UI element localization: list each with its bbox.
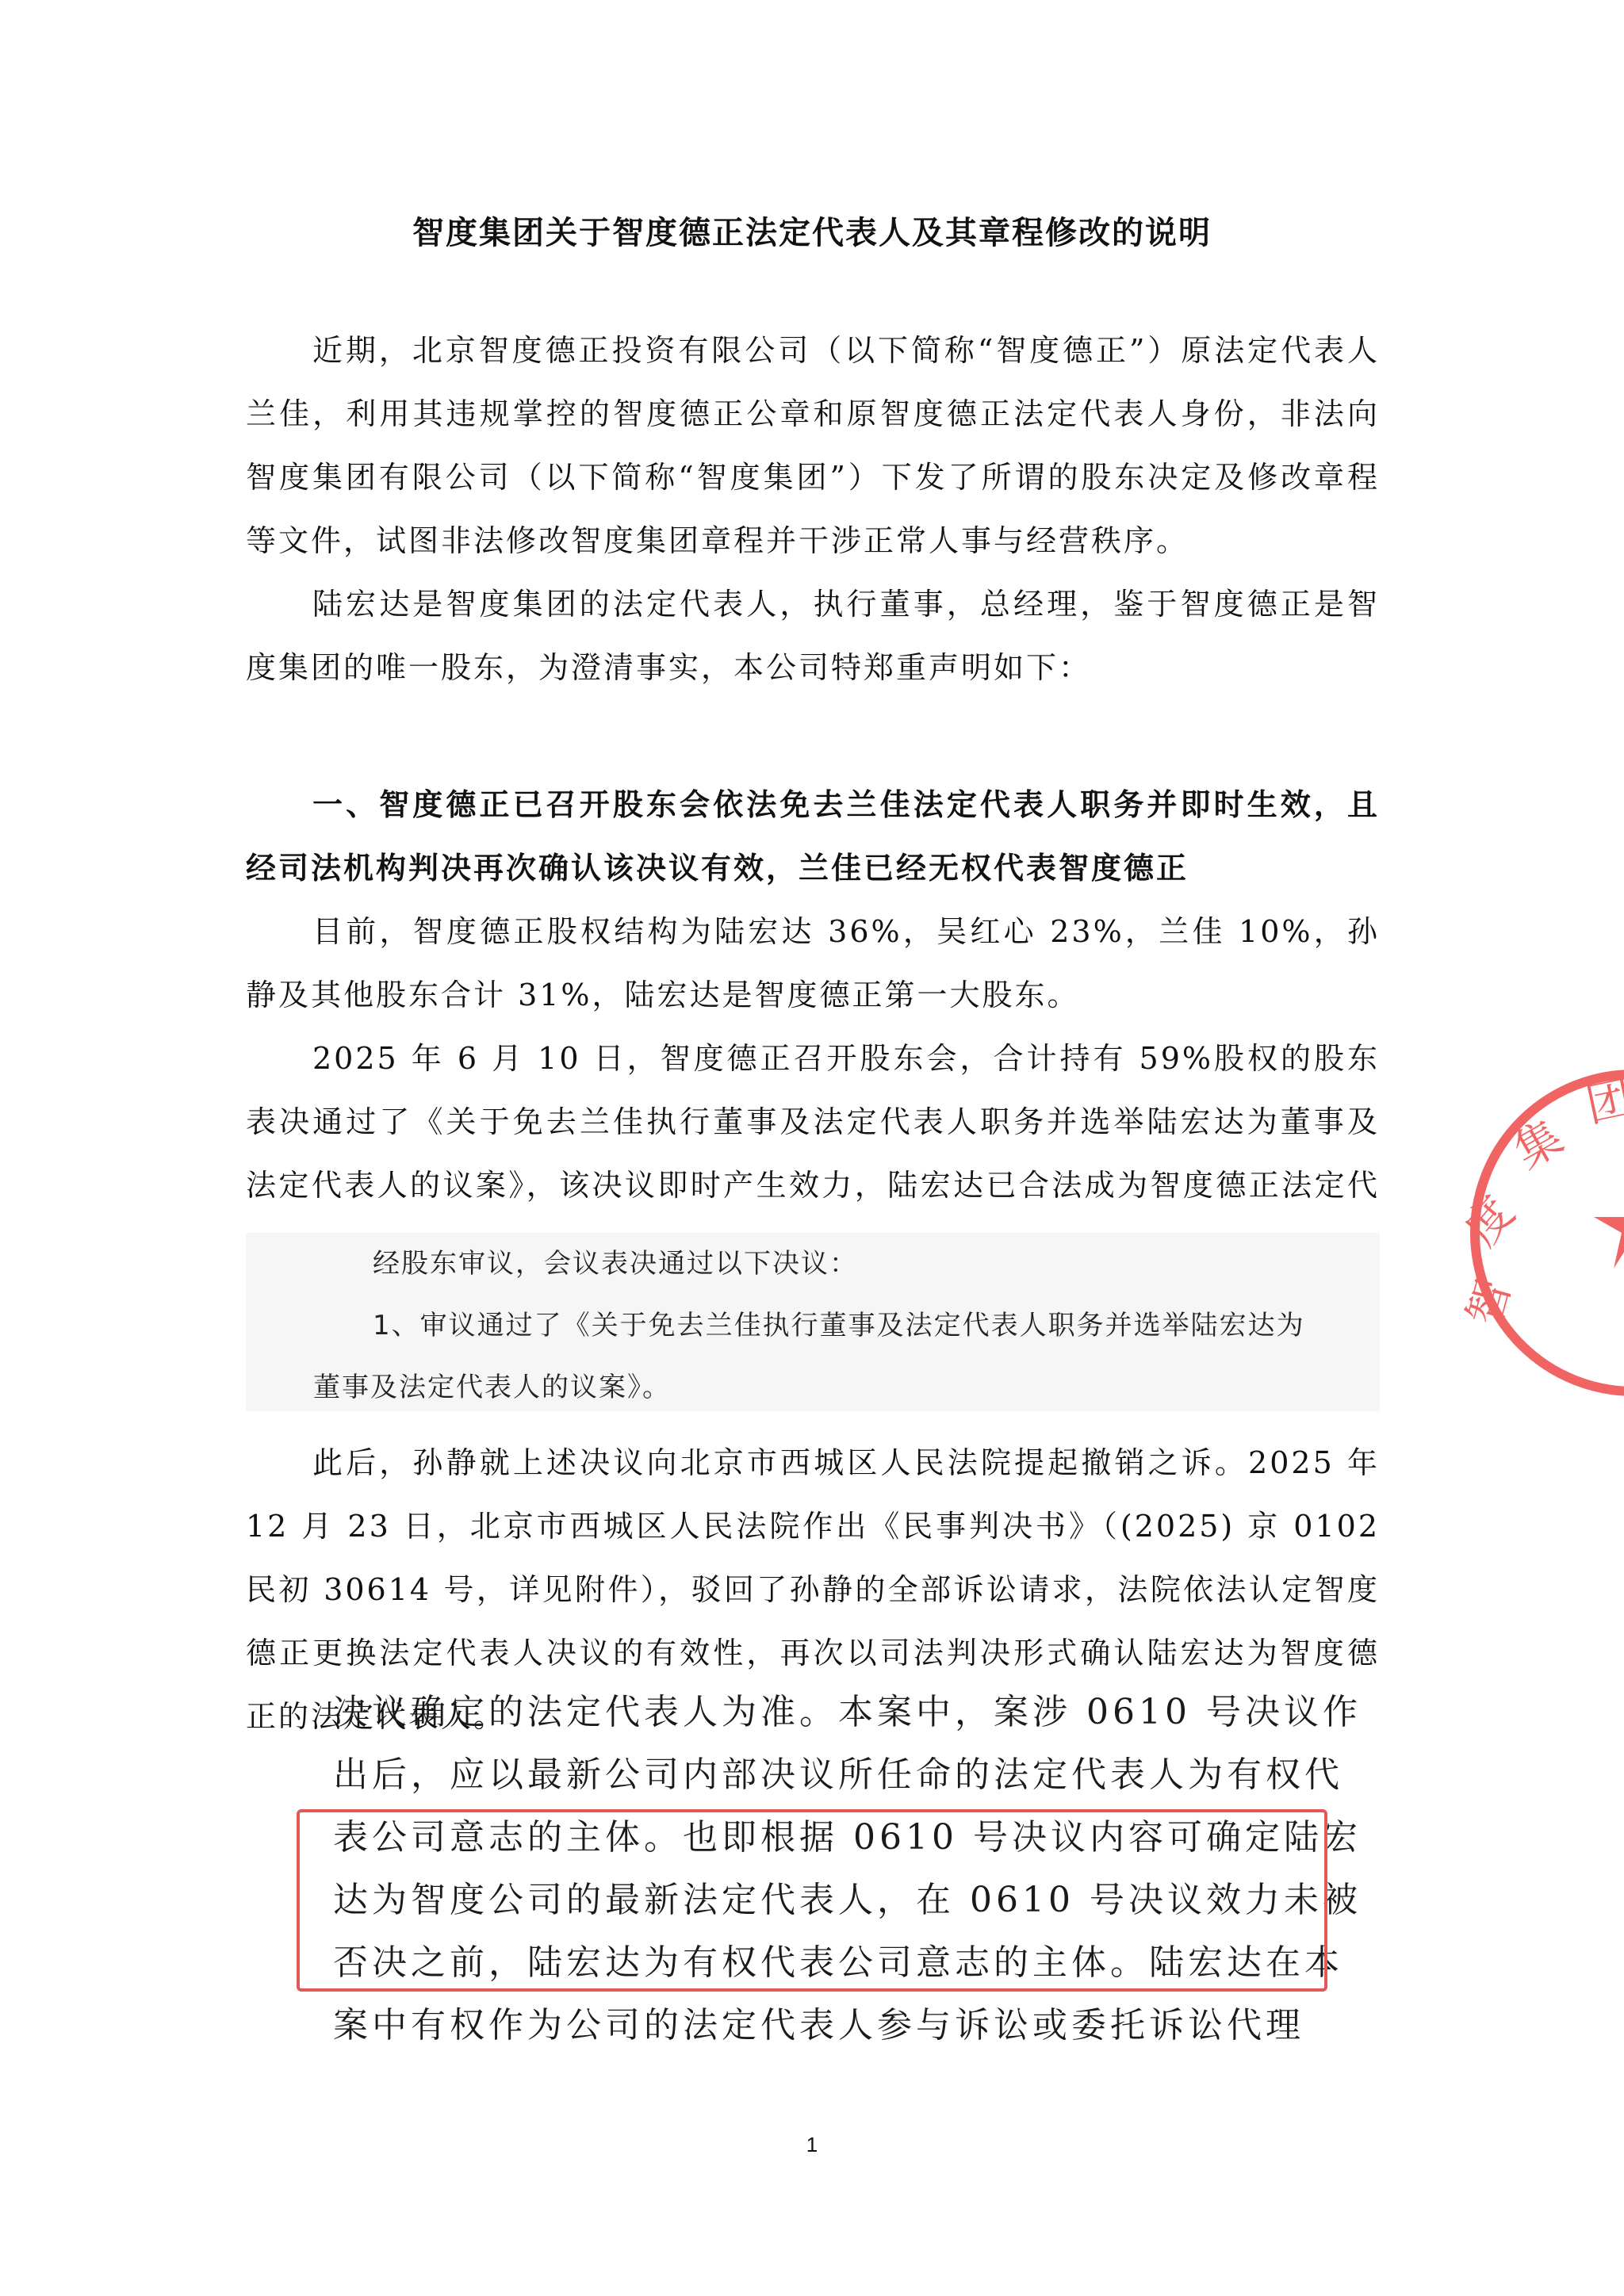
- seal-char: 智: [1457, 1272, 1522, 1331]
- judgment-line: 决议确定的法定代表人为准。本案中，案涉 0610 号决议作: [333, 1681, 1308, 1743]
- star-icon: [1594, 1161, 1624, 1269]
- declaration-paragraph: 陆宏达是智度集团的法定代表人，执行董事，总经理，鉴于智度德正是智度集团的唯一股东…: [246, 572, 1380, 699]
- excerpt-line: 1、审议通过了《关于免去兰佳执行董事及法定代表人职务并选举陆宏达为: [373, 1295, 1305, 1357]
- resolution-excerpt-image: 经股东审议，会议表决通过以下决议： 1、审议通过了《关于免去兰佳执行董事及法定代…: [246, 1233, 1380, 1411]
- document-title: 智度集团关于智度德正法定代表人及其章程修改的说明: [0, 208, 1624, 253]
- excerpt-line: 经股东审议，会议表决通过以下决议：: [373, 1233, 858, 1295]
- judgment-line: 案中有权作为公司的法定代表人参与诉讼或委托诉讼代理: [333, 1994, 1308, 2057]
- red-highlight-box: [297, 1809, 1327, 1992]
- excerpt-line: 董事及法定代表人的议案》。: [313, 1357, 671, 1418]
- seal-char: 度: [1454, 1186, 1525, 1256]
- seal-char: 团: [1581, 1070, 1624, 1133]
- seal-char: 集: [1505, 1109, 1572, 1179]
- company-seal-stamp: 智 度 集 团: [1451, 1062, 1624, 1403]
- intro-paragraph: 近期，北京智度德正投资有限公司（以下简称“智度德正”）原法定代表人兰佳，利用其违…: [246, 319, 1380, 572]
- section-1-heading: 一、智度德正已召开股东会依法免去兰佳法定代表人职务并即时生效，且经司法机构判决再…: [246, 773, 1380, 900]
- page-number: 1: [0, 2133, 1624, 2157]
- equity-structure-paragraph: 目前，智度德正股权结构为陆宏达 36%，吴红心 23%，兰佳 10%，孙静及其他…: [246, 900, 1380, 1027]
- judgment-line: 出后，应以最新公司内部决议所任命的法定代表人为有权代: [333, 1743, 1308, 1806]
